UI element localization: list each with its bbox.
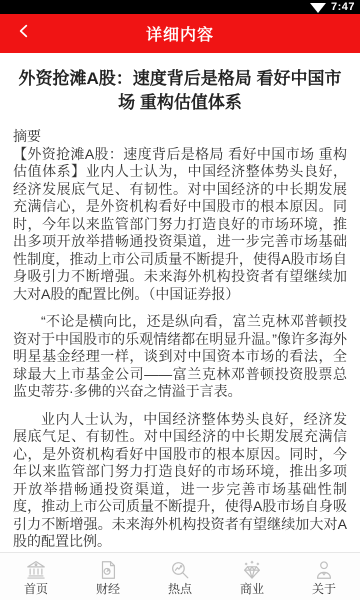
- article-paragraph-summary: 【外资抢滩A股：速度背后是格局 看好中国市场 重构估值体系】业内人士认为，中国经…: [13, 146, 347, 304]
- article-content[interactable]: 外资抢滩A股：速度背后是格局 看好中国市场 重构估值体系 摘要 【外资抢滩A股：…: [0, 53, 360, 551]
- finance-doc-icon: [97, 559, 119, 581]
- tab-label-finance: 财经: [96, 582, 120, 596]
- chevron-left-icon: [16, 23, 32, 44]
- tab-about[interactable]: 关于: [288, 553, 360, 600]
- tab-finance[interactable]: 财经: [72, 553, 144, 600]
- tab-business[interactable]: 商业: [216, 553, 288, 600]
- tab-home[interactable]: 首页: [0, 553, 72, 600]
- article-paragraph-analysis: 业内人士认为，中国经济整体势头良好，经济发展底气足、有韧性。对中国经济的中长期发…: [13, 411, 347, 551]
- tab-label-hot: 热点: [168, 582, 192, 596]
- status-time: 7:47: [331, 1, 355, 13]
- article-title: 外资抢滩A股：速度背后是格局 看好中国市场 重构估值体系: [15, 67, 345, 115]
- tab-hot[interactable]: 热点: [144, 553, 216, 600]
- back-button[interactable]: [8, 14, 40, 53]
- tab-bar: 首页 财经 热点: [0, 552, 360, 600]
- signal-triangle-icon: [310, 3, 326, 13]
- page-title: 详细内容: [146, 22, 214, 45]
- bank-icon: [25, 559, 47, 581]
- tab-label-about: 关于: [312, 582, 336, 596]
- hot-search-icon: [169, 559, 191, 581]
- person-icon: [313, 559, 335, 581]
- app-screen: 7:47 详细内容 外资抢滩A股：速度背后是格局 看好中国市场 重构估值体系 摘…: [0, 0, 360, 600]
- status-bar: 7:47: [0, 0, 360, 14]
- tab-label-business: 商业: [240, 582, 264, 596]
- summary-label: 摘要: [13, 128, 347, 146]
- tab-label-home: 首页: [24, 582, 48, 596]
- diamond-icon: [241, 559, 263, 581]
- article-paragraph-quote: “不论是横向比，还是纵向看，富兰克林邓普顿投资对于中国股市的乐观情绪都在明显升温…: [13, 313, 347, 401]
- header: 详细内容: [0, 14, 360, 53]
